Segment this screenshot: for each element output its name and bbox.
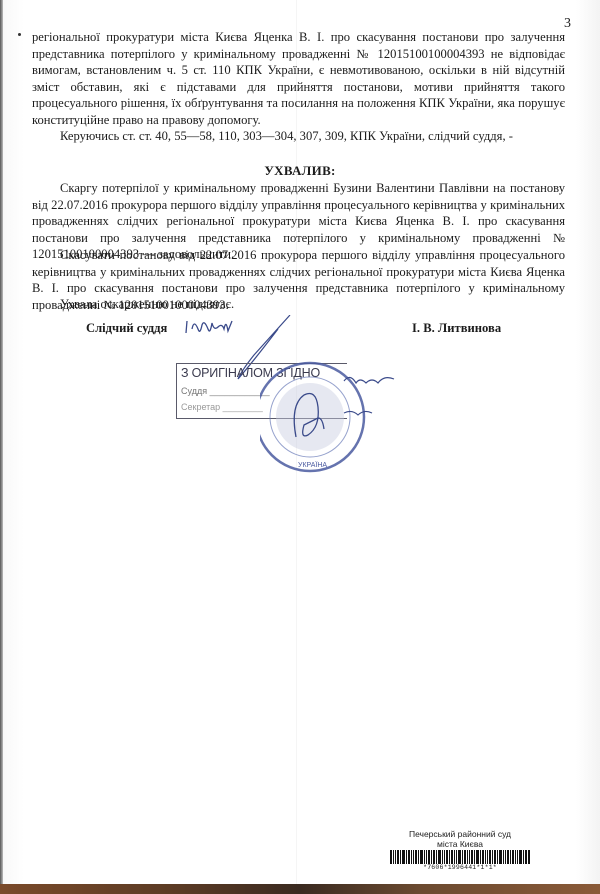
paragraph-reasoning-end: регіональної прокуратури міста Києва Яце… bbox=[32, 29, 565, 129]
paragraph-5: Ухвала оскарженню не підлягає. bbox=[32, 296, 565, 313]
stamp-judge-line: Суддя ____________ bbox=[181, 386, 270, 396]
judge-name: І. В. Литвинова bbox=[412, 321, 501, 336]
paragraph-1: регіональної прокуратури міста Києва Яце… bbox=[32, 29, 565, 129]
stamp-secretary-line: Секретар ________ bbox=[181, 402, 263, 412]
page-number: 3 bbox=[564, 16, 571, 32]
paragraph-ruling-3: Ухвала оскарженню не підлягає. bbox=[32, 296, 565, 313]
court-name: Печерський районний суд bbox=[348, 829, 572, 839]
paragraph-legal-basis: Керуючись ст. ст. 40, 55—58, 110, 303—30… bbox=[32, 128, 565, 145]
document-page: 3 регіональної прокуратури міста Києва Я… bbox=[0, 0, 600, 886]
page-edge-shadow bbox=[0, 0, 3, 886]
certification-stamp: З ОРИГІНАЛОМ ЗГІДНО Суддя ____________ С… bbox=[168, 345, 428, 485]
paragraph-2: Керуючись ст. ст. 40, 55—58, 110, 303—30… bbox=[32, 128, 565, 145]
ruling-heading: УХВАЛИВ: bbox=[0, 163, 600, 179]
court-seal-icon: УКРАЇНА bbox=[260, 355, 420, 485]
barcode-icon bbox=[348, 850, 572, 864]
barcode-number: *7606*1996441*1*1* bbox=[348, 864, 572, 872]
court-city: міста Києва bbox=[348, 839, 572, 849]
seal-bottom-text: УКРАЇНА bbox=[298, 461, 327, 469]
court-registration-block: Печерський районний суд міста Києва *760… bbox=[348, 829, 572, 872]
signature-row: Слідчий суддя І. В. Литвинова bbox=[86, 321, 546, 341]
signature-label: Слідчий суддя bbox=[86, 321, 167, 336]
margin-mark bbox=[18, 33, 21, 36]
desk-background bbox=[0, 884, 600, 894]
